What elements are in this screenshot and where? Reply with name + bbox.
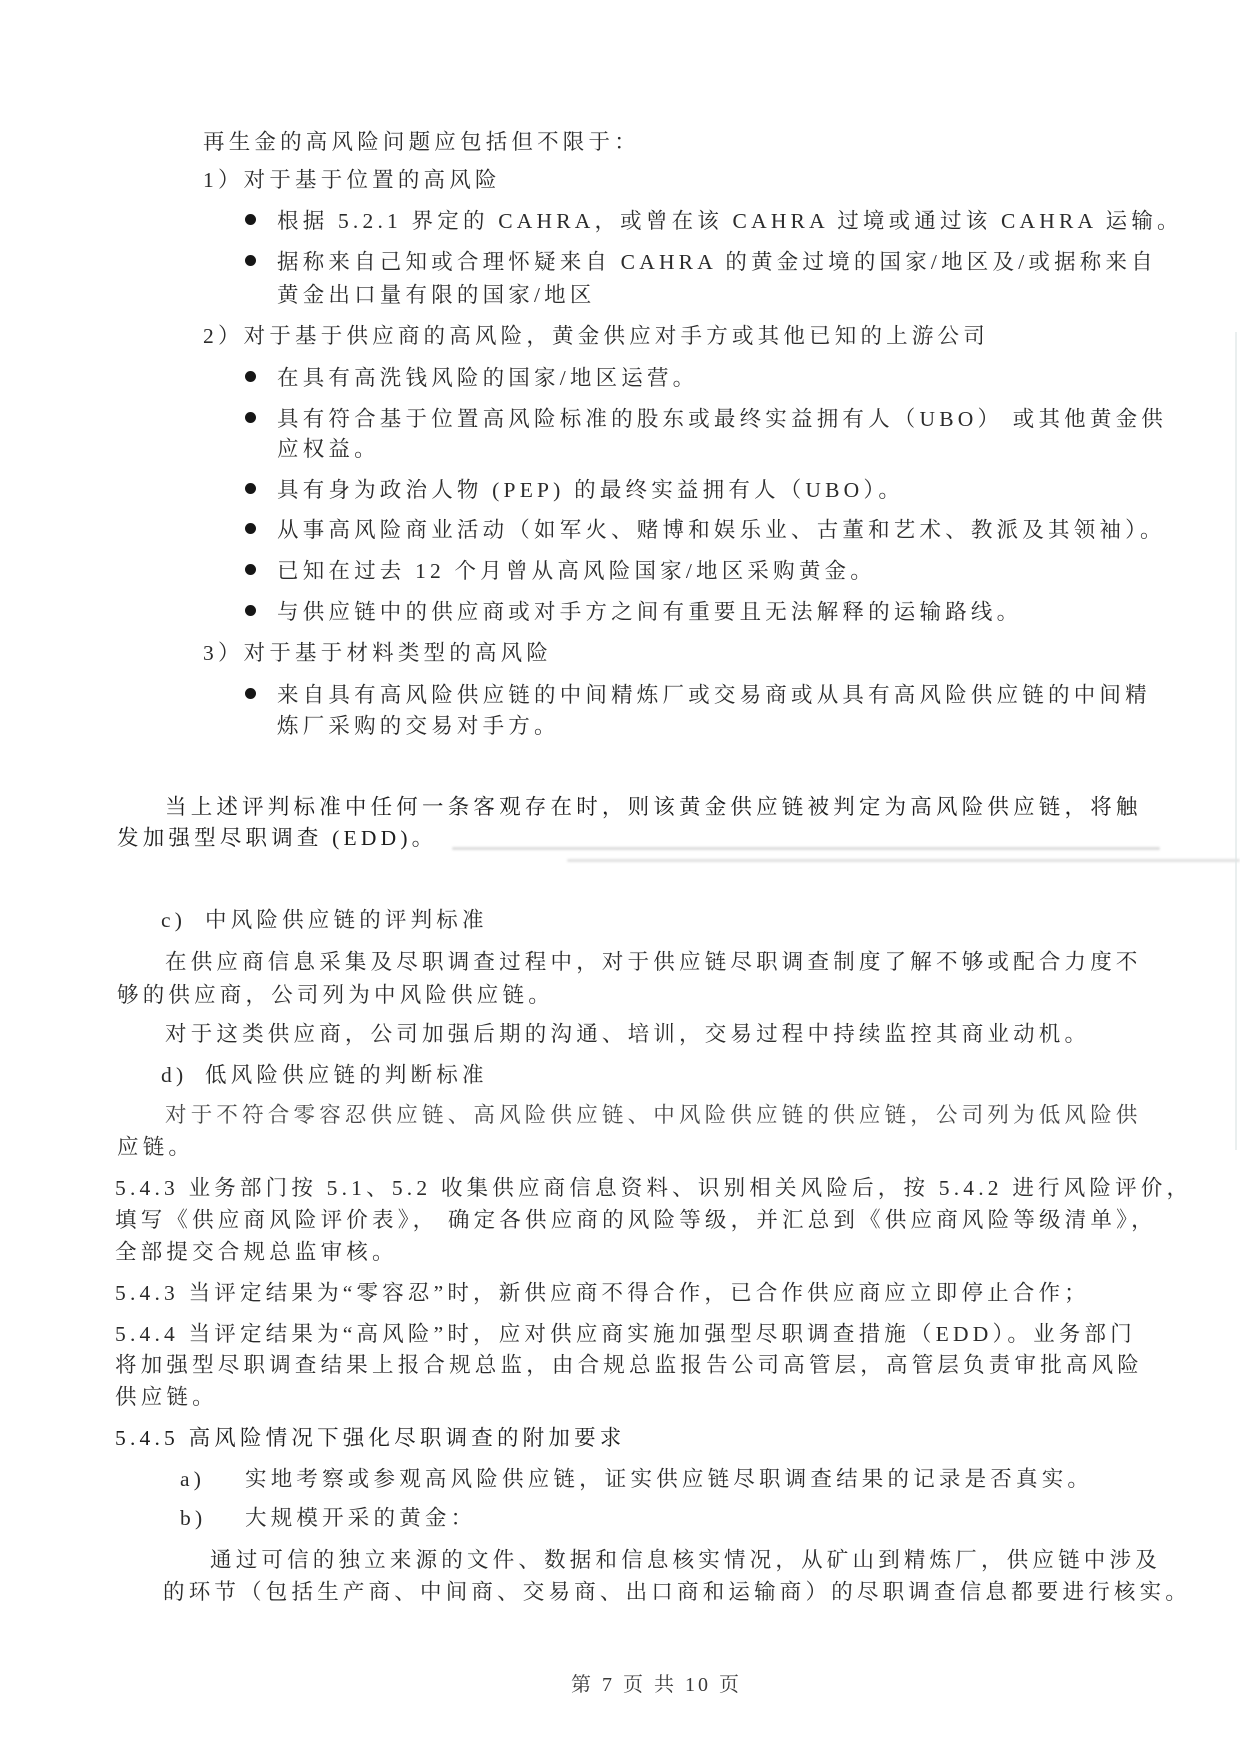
medium-risk-para1-line2: 够的供应商，公司列为中风险供应链。	[117, 983, 554, 1007]
verify-para-line1: 通过可信的独立来源的文件、数据和信息核实情况，从矿山到精炼厂，供应链中涉及	[210, 1548, 1161, 1572]
bullet-item: 根据 5.2.1 界定的 CAHRA，或曾在该 CAHRA 过境或通过该 CAH…	[245, 209, 1183, 233]
bullet-text: 在具有高洗钱风险的国家/地区运营。	[277, 366, 698, 390]
material-risk-heading: 3）对于基于材料类型的高风险	[203, 641, 552, 665]
bullet-icon	[245, 564, 256, 575]
section-545-heading: 5.4.5 高风险情况下强化尽职调查的附加要求	[115, 1426, 625, 1450]
bullet-item: 具有身为政治人物 (PEP) 的最终实益拥有人（UBO）。	[245, 478, 904, 502]
low-risk-para-line1: 对于不符合零容忍供应链、高风险供应链、中风险供应链的供应链，公司列为低风险供	[165, 1103, 1142, 1127]
bullet-item: 具有符合基于位置高风险标准的股东或最终实益拥有人（UBO） 或其他黄金供	[245, 407, 1167, 431]
bullet-text-continuation: 应权益。	[277, 437, 380, 461]
criterion-d-label: d)	[161, 1063, 205, 1087]
item-a-text: 实地考察或参观高风险供应链，证实供应链尽职调查结果的记录是否真实。	[245, 1467, 1093, 1491]
supplier-risk-heading: 2）对于基于供应商的高风险，黄金供应对手方或其他已知的上游公司	[203, 324, 989, 348]
bullet-item: 据称来自己知或合理怀疑来自 CAHRA 的黄金过境的国家/地区及/或据称来自	[245, 250, 1157, 274]
section-544-line2: 将加强型尽职调查结果上报合规总监，由合规总监报告公司高管层，高管层负责审批高风险	[115, 1353, 1143, 1377]
scan-edge-artifact	[1235, 332, 1237, 1150]
section-544-line1: 5.4.4 当评定结果为“高风险”时，应对供应商实施加强型尽职调查措施（EDD）…	[115, 1322, 1136, 1346]
location-risk-heading: 1）对于基于位置的高风险	[203, 168, 501, 192]
section-543-assess-line3: 全部提交合规总监审核。	[115, 1240, 398, 1264]
bullet-icon	[245, 412, 256, 423]
item-b-text: 大规模开采的黄金：	[245, 1506, 476, 1530]
section-544-line3: 供应链。	[115, 1385, 218, 1409]
bullet-icon	[245, 523, 256, 534]
bullet-item: 从事高风险商业活动（如军火、赌博和娱乐业、古董和艺术、教派及其领袖）。	[245, 518, 1166, 542]
scan-streak-artifact	[452, 847, 1160, 850]
bullet-icon	[245, 688, 256, 699]
bullet-icon	[245, 605, 256, 616]
bullet-text: 具有身为政治人物 (PEP) 的最终实益拥有人（UBO）。	[277, 478, 904, 502]
edd-trigger-line-2: 发加强型尽职调查 (EDD)。	[117, 826, 437, 850]
bullet-text: 具有符合基于位置高风险标准的股东或最终实益拥有人（UBO） 或其他黄金供	[277, 407, 1167, 431]
bullet-text: 从事高风险商业活动（如军火、赌博和娱乐业、古董和艺术、教派及其领袖）。	[277, 518, 1166, 542]
criterion-c-title: 中风险供应链的评判标准	[205, 908, 488, 932]
section-543-assess-line1: 5.4.3 业务部门按 5.1、5.2 收集供应商信息资料、识别相关风险后，按 …	[115, 1176, 1192, 1200]
bullet-item: 已知在过去 12 个月曾从高风险国家/地区采购黄金。	[245, 559, 876, 583]
bullet-text: 已知在过去 12 个月曾从高风险国家/地区采购黄金。	[277, 559, 876, 583]
verify-para-line2: 的环节（包括生产商、中间商、交易商、出口商和运输商）的尽职调查信息都要进行核实。	[163, 1580, 1191, 1604]
criterion-c-label: c)	[161, 908, 205, 932]
bullet-text: 根据 5.2.1 界定的 CAHRA，或曾在该 CAHRA 过境或通过该 CAH…	[277, 209, 1183, 233]
bullet-icon	[245, 214, 256, 225]
scan-streak-artifact	[567, 859, 1240, 862]
criterion-d-title: 低风险供应链的判断标准	[205, 1063, 488, 1087]
medium-risk-para2: 对于这类供应商，公司加强后期的沟通、培训，交易过程中持续监控其商业动机。	[165, 1022, 1090, 1046]
low-risk-para-line2: 应链。	[117, 1135, 194, 1159]
item-b-label: b)	[180, 1506, 245, 1530]
section-543-assess-line2: 填写《供应商风险评价表》， 确定各供应商的风险等级，并汇总到《供应商风险等级清单…	[115, 1208, 1157, 1232]
bullet-icon	[245, 371, 256, 382]
edd-trigger-line-1: 当上述评判标准中任何一条客观存在时，则该黄金供应链被判定为高风险供应链，将触	[165, 795, 1142, 819]
bullet-item: 与供应链中的供应商或对手方之间有重要且无法解释的运输路线。	[245, 600, 1022, 624]
bullet-icon	[245, 255, 256, 266]
criterion-c-heading: c)中风险供应链的评判标准	[161, 908, 488, 932]
medium-risk-para1-line1: 在供应商信息采集及尽职调查过程中，对于供应链尽职调查制度了解不够或配合力度不	[165, 950, 1142, 974]
bullet-icon	[245, 483, 256, 494]
criterion-d-heading: d)低风险供应链的判断标准	[161, 1063, 488, 1087]
bullet-text-continuation: 炼厂采购的交易对手方。	[277, 714, 560, 738]
footer-page-number: 第 7 页 共 10 页	[571, 1668, 742, 1697]
item-a: a)实地考察或参观高风险供应链，证实供应链尽职调查结果的记录是否真实。	[180, 1467, 1093, 1491]
bullet-text-continuation: 黄金出口量有限的国家/地区	[277, 283, 596, 307]
bullet-item: 在具有高洗钱风险的国家/地区运营。	[245, 366, 698, 390]
intro-line: 再生金的高风险问题应包括但不限于：	[203, 130, 640, 154]
section-543-zero-line1: 5.4.3 当评定结果为“零容忍”时，新供应商不得合作，已合作供应商应立即停止合…	[115, 1281, 1090, 1305]
bullet-text: 据称来自己知或合理怀疑来自 CAHRA 的黄金过境的国家/地区及/或据称来自	[277, 250, 1157, 274]
bullet-item: 来自具有高风险供应链的中间精炼厂或交易商或从具有高风险供应链的中间精	[245, 683, 1151, 707]
document-page: 再生金的高风险问题应包括但不限于： 1）对于基于位置的高风险 根据 5.2.1 …	[0, 0, 1240, 1754]
bullet-text: 与供应链中的供应商或对手方之间有重要且无法解释的运输路线。	[277, 600, 1022, 624]
item-a-label: a)	[180, 1467, 245, 1491]
item-b: b)大规模开采的黄金：	[180, 1506, 476, 1530]
bullet-text: 来自具有高风险供应链的中间精炼厂或交易商或从具有高风险供应链的中间精	[277, 683, 1151, 707]
